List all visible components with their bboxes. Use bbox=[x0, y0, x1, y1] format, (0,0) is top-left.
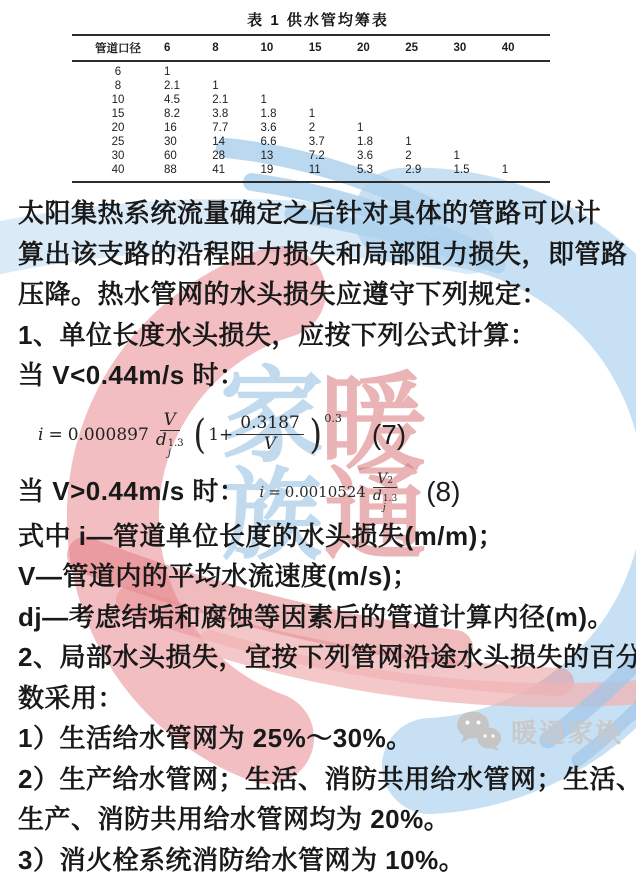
table-cell bbox=[405, 79, 453, 93]
column-header: 10 bbox=[261, 35, 309, 61]
table-cell bbox=[405, 107, 453, 121]
formula-8-line: 当 V>0.44m/s 时： i = 0.0010524 V2 d1.3j (8… bbox=[18, 468, 618, 516]
rule-2-line-1: 2、局部水头损失，宜按下列管网沿途水头损失的百分 bbox=[18, 637, 618, 678]
definition-v: V—管道内的平均水流速度(m/s)； bbox=[18, 556, 618, 597]
equation-number-8: (8) bbox=[426, 476, 460, 508]
table-cell: 11 bbox=[309, 163, 357, 182]
formula-7: i = 0.000897 V d1.3j ( 1+ 0.3187 V ) 0.3… bbox=[38, 404, 618, 466]
pipe-diameter-table: 管道口径68101520253040 6182.11104.52.11158.2… bbox=[72, 34, 550, 183]
table-cell: 2 bbox=[405, 149, 453, 163]
table-row: 158.23.81.81 bbox=[72, 107, 550, 121]
table-cell: 8.2 bbox=[164, 107, 212, 121]
table-cell: 28 bbox=[212, 149, 260, 163]
table-cell bbox=[454, 61, 502, 79]
table-cell: 3.6 bbox=[357, 149, 405, 163]
column-header: 30 bbox=[454, 35, 502, 61]
table-cell bbox=[502, 121, 550, 135]
table-cell: 3.8 bbox=[212, 107, 260, 121]
condition-low-velocity: 当 V<0.44m/s 时： bbox=[18, 355, 618, 396]
body-text: 太阳集热系统流量确定之后针对具体的管路可以计 算出该支路的沿程阻力损失和局部阻力… bbox=[18, 193, 618, 880]
row-label: 6 bbox=[72, 61, 164, 79]
body-line-1: 太阳集热系统流量确定之后针对具体的管路可以计 bbox=[18, 193, 618, 234]
table-cell bbox=[454, 135, 502, 149]
table-cell: 14 bbox=[212, 135, 260, 149]
table-row: 40884119115.32.91.51 bbox=[72, 163, 550, 182]
table-cell: 30 bbox=[164, 135, 212, 149]
table-cell bbox=[357, 79, 405, 93]
table-cell: 1.8 bbox=[357, 135, 405, 149]
table-cell: 5.3 bbox=[357, 163, 405, 182]
fraction-03187-over-v: 0.3187 V bbox=[236, 414, 303, 454]
row-label: 30 bbox=[72, 149, 164, 163]
table-cell: 3.6 bbox=[261, 121, 309, 135]
coefficient: 0.000897 bbox=[68, 425, 149, 445]
column-header: 15 bbox=[309, 35, 357, 61]
table-cell: 1 bbox=[454, 149, 502, 163]
table-cell bbox=[357, 93, 405, 107]
row-label: 15 bbox=[72, 107, 164, 121]
row-label: 20 bbox=[72, 121, 164, 135]
table-cell: 7.7 bbox=[212, 121, 260, 135]
pipe-table-head-row: 管道口径68101520253040 bbox=[72, 35, 550, 61]
document-page: 家 暖 族 通 表 1 供水管均筹表 管道口径68101520253040 61… bbox=[0, 0, 636, 888]
table-cell bbox=[502, 107, 550, 121]
table-cell bbox=[309, 79, 357, 93]
table-cell bbox=[454, 79, 502, 93]
brand-name: 暖通家族 bbox=[511, 713, 623, 750]
exponent: 0.3 bbox=[324, 412, 342, 425]
definition-dj: dj—考虑结垢和腐蚀等因素后的管道计算内径(m)。 bbox=[18, 597, 618, 638]
table-cell bbox=[261, 79, 309, 93]
table-cell bbox=[357, 61, 405, 79]
table-cell: 41 bbox=[212, 163, 260, 182]
table-cell bbox=[212, 61, 260, 79]
table-cell: 1 bbox=[261, 93, 309, 107]
equals-sign: = bbox=[48, 425, 62, 445]
table-cell: 2 bbox=[309, 121, 357, 135]
table-cell: 13 bbox=[261, 149, 309, 163]
table-cell bbox=[405, 61, 453, 79]
row-label: 10 bbox=[72, 93, 164, 107]
equation-number-7: (7) bbox=[372, 419, 406, 451]
table-cell bbox=[309, 93, 357, 107]
table-cell: 6.6 bbox=[261, 135, 309, 149]
column-header: 管道口径 bbox=[72, 35, 164, 61]
condition-high-velocity: 当 V>0.44m/s 时： bbox=[18, 471, 245, 512]
fraction-v-over-dj: V d1.3j bbox=[152, 411, 188, 459]
column-header: 25 bbox=[405, 35, 453, 61]
table-cell: 16 bbox=[164, 121, 212, 135]
table-cell bbox=[454, 121, 502, 135]
fraction-v2-over-dj: V2 d1.3j bbox=[369, 471, 401, 512]
table-cell bbox=[502, 61, 550, 79]
table-row: 104.52.11 bbox=[72, 93, 550, 107]
table-cell: 2.1 bbox=[164, 79, 212, 93]
pipe-table-body: 6182.11104.52.11158.23.81.8120167.73.621… bbox=[72, 61, 550, 182]
table-cell: 1 bbox=[502, 163, 550, 182]
table-cell bbox=[454, 93, 502, 107]
table-cell: 1 bbox=[405, 135, 453, 149]
table-cell: 3.7 bbox=[309, 135, 357, 149]
table-cell: 1 bbox=[212, 79, 260, 93]
table-row: 2530146.63.71.81 bbox=[72, 135, 550, 149]
table-cell: 1 bbox=[309, 107, 357, 121]
brand-badge: 暖通家族 bbox=[456, 710, 623, 752]
table-row: 306028137.23.621 bbox=[72, 149, 550, 163]
item-3: 3）消火栓系统消防给水管网为 10%。 bbox=[18, 840, 618, 881]
table-cell bbox=[502, 135, 550, 149]
table-cell bbox=[454, 107, 502, 121]
wechat-icon bbox=[456, 710, 502, 752]
table-cell: 1 bbox=[164, 61, 212, 79]
item-2-line-1: 2）生产给水管网；生活、消防共用给水管网；生活、 bbox=[18, 759, 618, 800]
one-plus: 1+ bbox=[208, 425, 233, 445]
table-cell: 19 bbox=[261, 163, 309, 182]
table-cell: 4.5 bbox=[164, 93, 212, 107]
table-row: 82.11 bbox=[72, 79, 550, 93]
formula-variable: i bbox=[38, 425, 43, 445]
formula-8: i = 0.0010524 V2 d1.3j bbox=[259, 471, 404, 512]
column-header: 20 bbox=[357, 35, 405, 61]
table-cell bbox=[502, 93, 550, 107]
left-paren: ( bbox=[193, 412, 205, 458]
table-cell: 7.2 bbox=[309, 149, 357, 163]
table-cell: 88 bbox=[164, 163, 212, 182]
table-row: 20167.73.621 bbox=[72, 121, 550, 135]
table-cell: 2.1 bbox=[212, 93, 260, 107]
table-cell bbox=[357, 107, 405, 121]
row-label: 40 bbox=[72, 163, 164, 182]
table-cell bbox=[261, 61, 309, 79]
table-cell bbox=[309, 61, 357, 79]
table-cell bbox=[405, 121, 453, 135]
pipe-table-head: 管道口径68101520253040 bbox=[72, 35, 550, 61]
body-line-2: 算出该支路的沿程阻力损失和局部阻力损失，即管路 bbox=[18, 234, 618, 275]
row-label: 8 bbox=[72, 79, 164, 93]
table-cell: 1 bbox=[357, 121, 405, 135]
item-2-line-2: 生产、消防共用给水管网均为 20%。 bbox=[18, 799, 618, 840]
table-cell: 1.8 bbox=[261, 107, 309, 121]
table-cell: 60 bbox=[164, 149, 212, 163]
table-title: 表 1 供水管均筹表 bbox=[0, 0, 636, 34]
row-label: 25 bbox=[72, 135, 164, 149]
table-cell: 2.9 bbox=[405, 163, 453, 182]
body-line-4: 1、单位长度水头损失，应按下列公式计算： bbox=[18, 315, 618, 356]
column-header: 8 bbox=[212, 35, 260, 61]
right-paren: ) bbox=[309, 412, 321, 458]
table-cell bbox=[502, 149, 550, 163]
column-header: 6 bbox=[164, 35, 212, 61]
definition-i: 式中 i—管道单位长度的水头损失(m/m)； bbox=[18, 516, 618, 557]
table-cell bbox=[405, 93, 453, 107]
table-row: 61 bbox=[72, 61, 550, 79]
table-cell bbox=[502, 79, 550, 93]
body-line-3: 压降。热水管网的水头损失应遵守下列规定： bbox=[18, 274, 618, 315]
column-header: 40 bbox=[502, 35, 550, 61]
table-cell: 1.5 bbox=[454, 163, 502, 182]
